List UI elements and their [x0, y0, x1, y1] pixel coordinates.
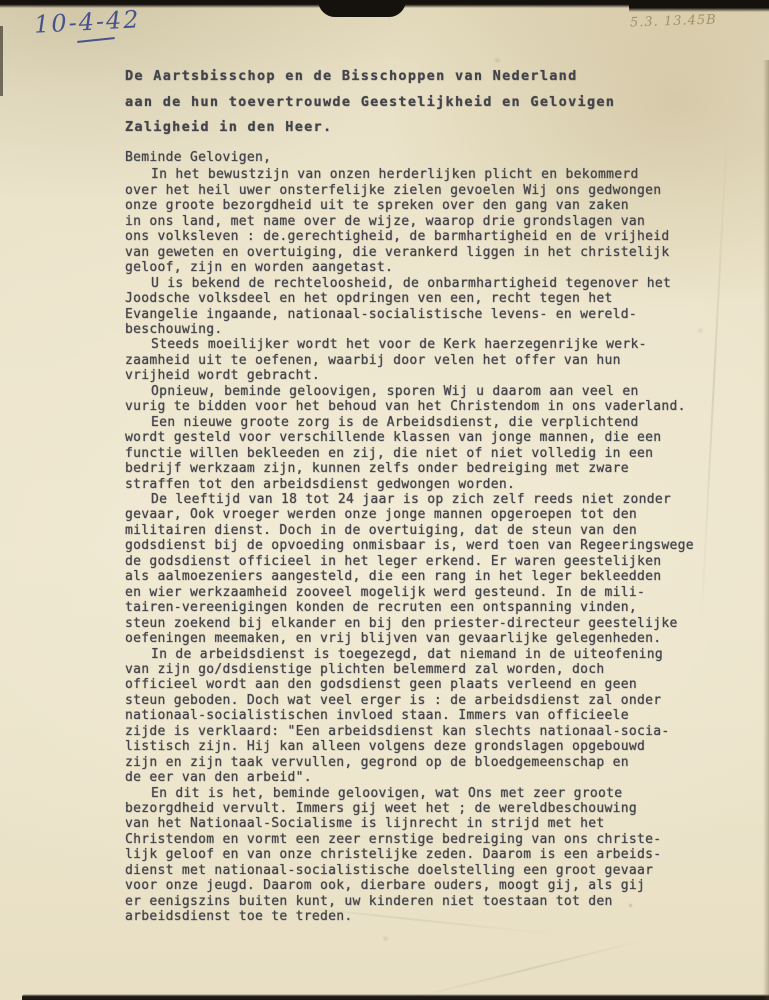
handwritten-date: 10-4-42	[33, 5, 141, 39]
paragraph-1: In het bewustzijn van onzen herderlijken…	[125, 167, 715, 275]
paragraph-5: Een nieuwe groote zorg is de Arbeidsdien…	[125, 415, 715, 492]
scan-edge-right	[763, 60, 769, 1000]
archive-code: 5.3. 13.45B	[630, 12, 717, 30]
letter-heading-line-2: aan de hun toevertrouwde Geestelijkheid …	[125, 90, 615, 116]
document-page: 10-4-42 5.3. 13.45B De Aartsbisschop en …	[0, 0, 769, 1000]
paragraph-6: De leeftijd van 18 tot 24 jaar is op zic…	[125, 492, 715, 647]
paragraph-3: Steeds moeilijker wordt het voor de Kerk…	[125, 337, 715, 383]
letter-body: Beminde Gelovigen, In het bewustzijn van…	[125, 150, 715, 925]
handwritten-date-underline	[77, 37, 115, 43]
letter-heading-line-1: De Aartsbisschop en de Bisschoppen van N…	[125, 64, 615, 90]
scan-edge-bottom	[22, 994, 769, 1000]
scan-edge-top-bump	[318, 0, 406, 17]
letter-heading: De Aartsbisschop en de Bisschoppen van N…	[125, 64, 615, 141]
paragraph-2: U is bekend de rechteloosheid, de onbarm…	[125, 276, 715, 338]
scan-edge-left	[0, 26, 3, 96]
paragraph-4: Opnieuw, beminde geloovigen, sporen Wij …	[125, 384, 715, 415]
letter-heading-line-3: Zaligheid in den Heer.	[125, 115, 615, 141]
scan-edge-top-right	[629, 0, 769, 12]
paragraph-8: En dit is het, beminde geloovigen, wat O…	[125, 786, 715, 925]
salutation: Beminde Gelovigen,	[125, 150, 715, 165]
paragraph-7: In de arbeidsdienst is toegezegd, dat ni…	[125, 647, 715, 786]
paper-crease	[412, 939, 645, 999]
